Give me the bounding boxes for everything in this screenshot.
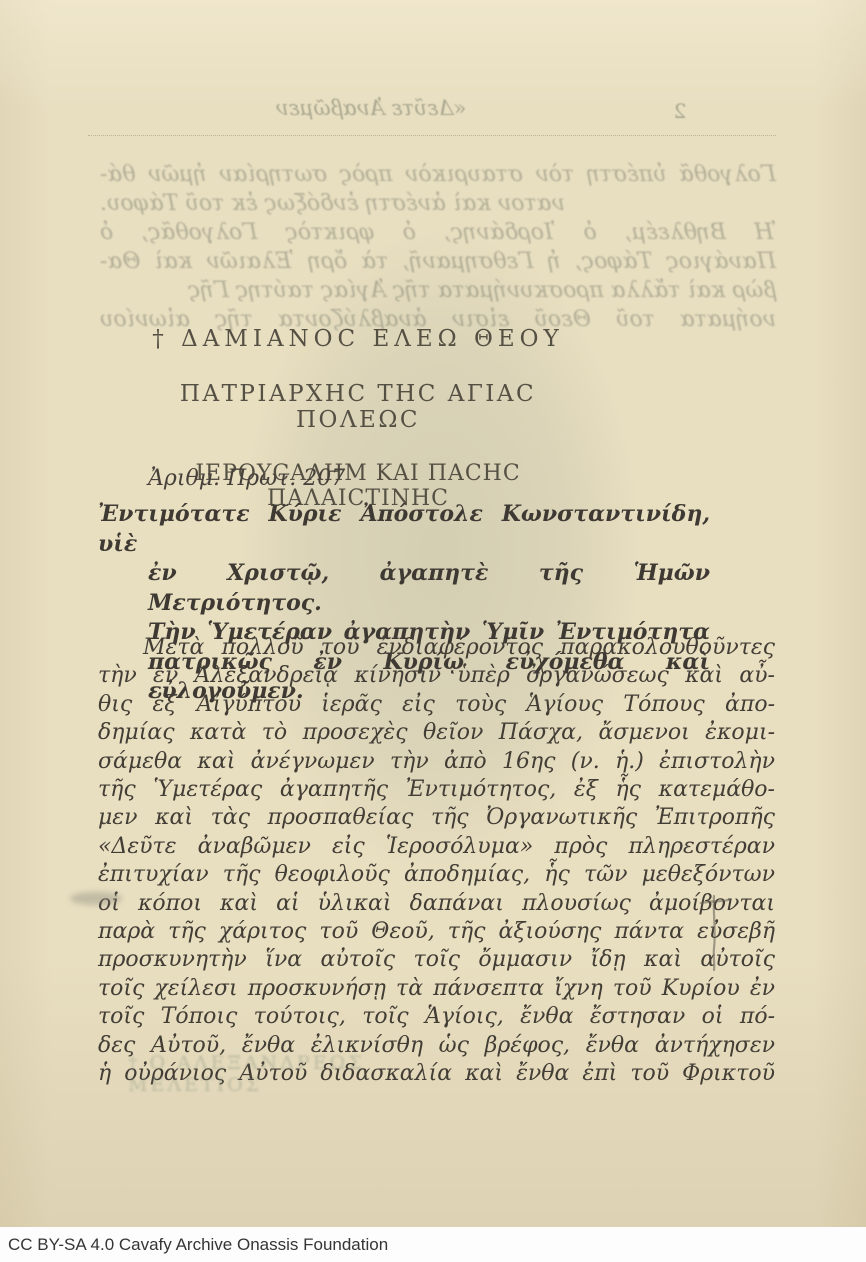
body-line: σάμεθα καὶ ἀνέγνωμεν τὴν ἀπὸ 16ης (ν. ἡ.… [98, 748, 775, 776]
body-line: παρὰ τῆς χάριτος τοῦ Θεοῦ, τῆς ἀξιούσης … [98, 918, 775, 946]
bleedthrough-line: νατον καὶ ἀνέστη ἐνδόξως ἐκ τοῦ Τάφου. [100, 189, 776, 218]
document-paper: «Δεῦτε Ἀναβῶμεν 2 Γολγοθᾶ ὑπέστη τὸν στα… [0, 0, 866, 1227]
bleedthrough-line: βὼρ καὶ τἄλλα προσκυνήματα τῆς Ἁγίας ταύ… [100, 276, 776, 305]
letterhead-line-2: ΠΑΤΡΙΑΡΧΗC ΤΗC ΑΓΙΑC ΠΟΛΕΩC [118, 381, 598, 433]
bleedthrough-page-number: 2 [666, 99, 694, 127]
body-line: ἐπιτυχίαν τῆς θεοφιλοῦς ἀποδημίας, ἧς τῶ… [98, 861, 775, 889]
body-line: τοῖς Τόποις τούτοις, τοῖς Ἁγίοις, ἔνθα ἔ… [98, 1003, 775, 1031]
body-line: τῆς Ὑμετέρας ἀγαπητῆς Ἐντιμότητος, ἐξ ἧς… [98, 776, 775, 804]
license-text: CC BY-SA 4.0 Cavafy Archive Onassis Foun… [0, 1235, 388, 1255]
salutation-line: Ἐντιμότατε Κύριε Ἀπόστολε Κωνσταντινίδη,… [98, 500, 710, 559]
body-line: οἱ κόποι καὶ αἱ ὑλικαὶ δαπάναι πλουσίως … [98, 890, 775, 918]
pencil-cross-mark [693, 888, 735, 976]
bleedthrough-paragraph: Γολγοθᾶ ὑπέστη τὸν σταυρικὸν πρὸς σωτηρί… [100, 160, 776, 334]
body-line: τοῖς χείλεσι προσκυνήσῃ τὰ πάνσεπτα ἴχνη… [98, 975, 775, 1003]
body-line: δημίας κατὰ τὸ προσεχὲς θεῖον Πάσχα, ἄσμ… [98, 719, 775, 747]
protocol-number: Ἀριθμ. Πρωτ. 207 [148, 466, 345, 491]
body-line: μεν καὶ τὰς προσπαθείας τῆς Ὀργανωτικῆς … [98, 804, 775, 832]
body-line: Μετὰ πολλοῦ τοῦ ἐνδιαφέροντος παρακολουθ… [98, 634, 775, 662]
bleedthrough-line: Ἡ Βηθλεέμ, ὁ Ἰορδάνης, ὁ φρικτὸς Γολγοθᾶ… [100, 218, 776, 247]
pencil-smudge-mark [70, 892, 122, 905]
salutation-line: ἐν Χριστῷ, ἀγαπητὲ τῆς Ἡμῶν Μετριότητος. [98, 559, 710, 618]
body-line: «Δεῦτε ἀναβῶμεν εἰς Ἱεροσόλυμα» πρὸς πλη… [98, 833, 775, 861]
bleedthrough-signature: † Ο ΑΛΕΞΑΝΔΡΕΩΣ ΜΕΛΕΤΙΟΣ [128, 1052, 468, 1096]
body-line: τὴν ἐν Ἀλεξανδρείᾳ κίνησιν ὑπὲρ ὀργανώσε… [98, 662, 775, 690]
letterhead-line-1: † ΔΑΜΙΑΝΟC ΕΛΕΩ ΘΕΟΥ [118, 326, 598, 352]
bleedthrough-line: Πανάγιος Τάφος, ἡ Γεθσημανῆ, τὰ ὄρη Ἐλαι… [100, 247, 776, 276]
license-bar: CC BY-SA 4.0 Cavafy Archive Onassis Foun… [0, 1227, 866, 1262]
letter-body: Μετὰ πολλοῦ τοῦ ἐνδιαφέροντος παρακολουθ… [98, 634, 775, 1089]
bleedthrough-header-rule [88, 135, 776, 136]
body-line: προσκυνητὴν ἵνα αὐτοῖς τοῖς ὄμμασιν ἴδῃ … [98, 946, 775, 974]
body-line: θις ἐξ Αἰγύπτου ἱερᾶς εἰς τοὺς Ἁγίους Τό… [98, 691, 775, 719]
bleedthrough-running-title: «Δεῦτε Ἀναβῶμεν [240, 96, 502, 126]
bleedthrough-line: Γολγοθᾶ ὑπέστη τὸν σταυρικὸν πρὸς σωτηρί… [100, 160, 776, 189]
scanned-document-view: «Δεῦτε Ἀναβῶμεν 2 Γολγοθᾶ ὑπέστη τὸν στα… [0, 0, 866, 1262]
